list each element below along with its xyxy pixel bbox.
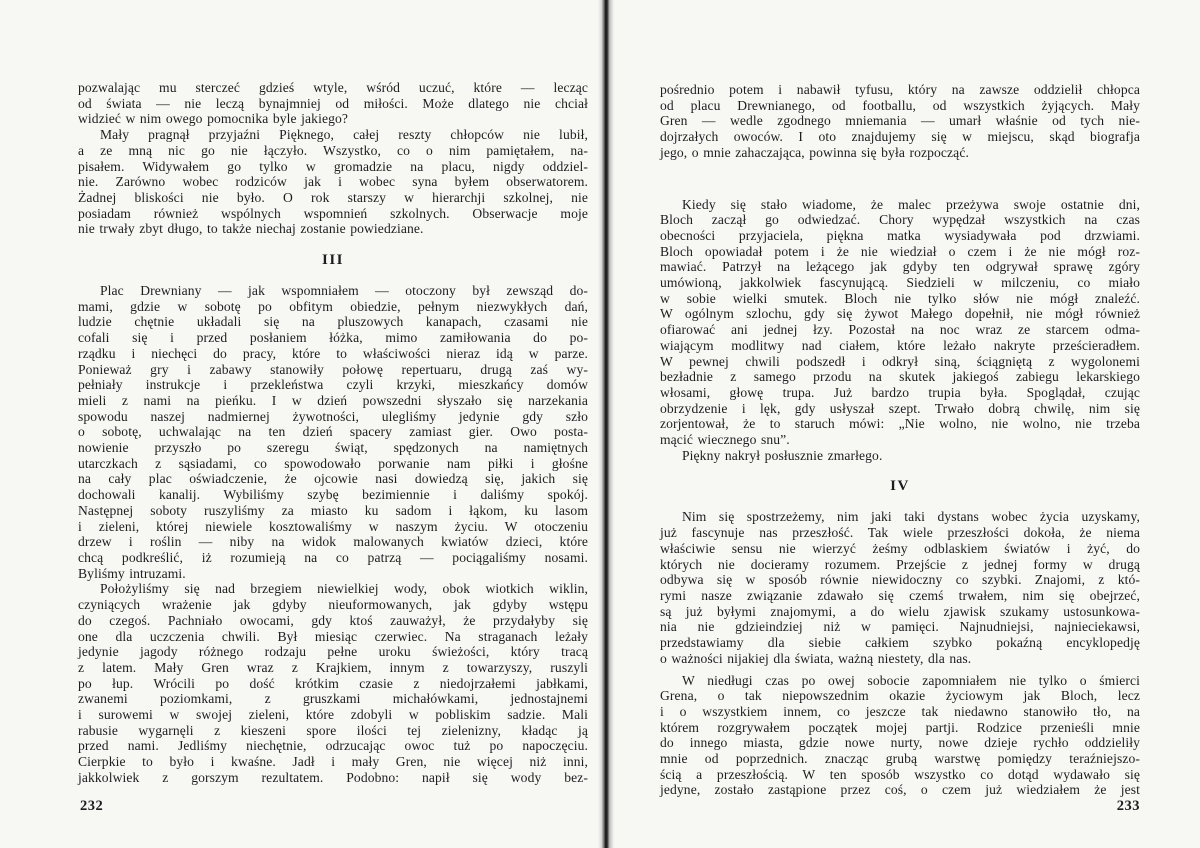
text-line: włosami, głowę trupa. Już bardzo trupia … <box>660 385 1140 401</box>
text-line: W ogólnym szlochu, gdy się żywot Małego … <box>660 306 1140 322</box>
text-line: zwanemi poziomkami, z gruszkami michałów… <box>78 691 588 707</box>
text-line: Byliśmy intruzami. <box>78 566 588 582</box>
text-line: Piękny nakrył posłusznie zmarłego. <box>660 448 1140 464</box>
text-line: o sobotę, uchwalając na ten dzień spacer… <box>78 424 588 440</box>
text-line: rabusie wygarnęli z kieszeni spore ilośc… <box>78 723 588 739</box>
text-line: o ważności nijakiej dla świata, ważną ni… <box>660 651 1140 667</box>
text-line: jedyne, zostało zastąpione przez coś, o … <box>660 782 1140 798</box>
paragraph: Położyliśmy się nad brzegiem niewielkiej… <box>78 581 588 785</box>
text-line: Plac Drewniany — jak wspomniałem — otocz… <box>78 283 588 299</box>
text-line: mami, gdzie w sobotę po obfitym obiedzie… <box>78 299 588 315</box>
paragraph-continuation: pośrednio potem i nabawił tyfusu, który … <box>660 82 1140 161</box>
text-line: i surowemi w swojej zieleni, które zdoby… <box>78 707 588 723</box>
text-line: posiadam również wspólnych wspomnień szk… <box>78 206 588 222</box>
text-line: czyniących wrażenie jak gdyby nieuformow… <box>78 597 588 613</box>
text-line: ścią a przeszłością. W ten sposób wszyst… <box>660 767 1140 783</box>
text-line: dojrzałych owoców. I oto znajdujemy się … <box>660 129 1140 145</box>
text-line: cofali się i przed posłaniem łóżka, mimo… <box>78 330 588 346</box>
text-line: już fascynuje nas przeszłość. Tak wiele … <box>660 525 1140 541</box>
paragraph: W niedługi czas po owej sobocie zapomnia… <box>660 673 1140 799</box>
text-line: spowodu naszej nadmiernej żywotności, ul… <box>78 409 588 425</box>
page-number-left: 232 <box>80 798 103 815</box>
text-line: do czegoś. Pachniało owocami, gdy ktoś z… <box>78 613 588 629</box>
text-line: Bloch zaczął go odwiedzać. Chory wypędza… <box>660 212 1140 228</box>
text-line: Żadnej bliskości nie było. O rok starszy… <box>78 190 588 206</box>
text-line: Gren — wedle zgodnego mniemania — umarł … <box>660 113 1140 129</box>
book-binding-gutter <box>598 0 614 848</box>
text-line: jakkolwiek z gorszym rezultatem. Podobno… <box>78 770 588 786</box>
text-line: ofiarować ani jednej łzy. Pozostał na no… <box>660 322 1140 338</box>
text-line: wiającym modlitwy nad ciałem, które leża… <box>660 338 1140 354</box>
text-line: przed nami. Jedliśmy niechętnie, odrzuca… <box>78 738 588 754</box>
text-line: drzew i roślin — niby na widok malowanyc… <box>78 534 588 550</box>
text-line: jedynie jagody różnego rodzaju pełne uro… <box>78 644 588 660</box>
text-line: bezładnie z samego przodu na skutek jaki… <box>660 369 1140 385</box>
text-line: ludzie chętnie układali się na pluszowyc… <box>78 314 588 330</box>
text-line: po łup. Wrócili po dość krótkim czasie z… <box>78 676 588 692</box>
text-line: pośrednio potem i nabawił tyfusu, który … <box>660 82 1140 98</box>
text-line: przedstawiamy dla siebie całkiem szybko … <box>660 635 1140 651</box>
book-scan: pozwalając mu sterczeć gdzieś wtyle, wśr… <box>0 0 1200 848</box>
text-line: W niedługi czas po owej sobocie zapomnia… <box>660 673 1140 689</box>
text-line: one dla uczczenia chwili. Był miesiąc cz… <box>78 629 588 645</box>
text-line: Mały pragnął przyjaźni Pięknego, całej r… <box>78 127 588 143</box>
text-line: Bloch opowiadał potem i że nie wiedział … <box>660 244 1140 260</box>
text-line: w sobie wielki smutek. Bloch nie tylko s… <box>660 291 1140 307</box>
text-line: widzieć w nim owego pomocnika byle jakie… <box>78 111 588 127</box>
text-line: mawiać. Patrzył na leżącego jak gdyby te… <box>660 259 1140 275</box>
text-line: rządku i niechęci do pracy, które to wła… <box>78 346 588 362</box>
text-line: dochowali kanalij. Wybiliśmy szybę bezim… <box>78 487 588 503</box>
page-number-right: 233 <box>660 798 1140 815</box>
section-heading-iii: III <box>78 252 588 268</box>
text-line: pisałem. Widywałem go tylko w gromadzie … <box>78 159 588 175</box>
text-line: jego, o mnie zahaczająca, powinna się by… <box>660 145 1140 161</box>
paragraph: Piękny nakrył posłusznie zmarłego. <box>660 448 1140 464</box>
text-line: chcą podkreślić, iż rozumieją na co patr… <box>78 550 588 566</box>
text-line: umówioną, jakkolwiek fascynującą. Siedzi… <box>660 275 1140 291</box>
text-line: pozwalając mu sterczeć gdzieś wtyle, wśr… <box>78 80 588 96</box>
text-line: rymi nasze związanie zdawało się czemś t… <box>660 588 1140 604</box>
text-line: nie. Zarówno wobec rodziców jak i wobec … <box>78 174 588 190</box>
text-line: i zieleni, której niewiele kosztowaliśmy… <box>78 519 588 535</box>
text-line: utarczkach z sąsiadami, co spowodowało p… <box>78 456 588 472</box>
text-line: zorjentował, że to staruch mówi: „Nie wo… <box>660 416 1140 432</box>
text-line: których nie docieramy rozumem. Przejście… <box>660 557 1140 573</box>
text-line: są już byłymi znajomymi, a do wielu zjaw… <box>660 604 1140 620</box>
paragraph: Plac Drewniany — jak wspomniałem — otocz… <box>78 283 588 581</box>
text-line: a ze mną nic go nie łączyło. Wszystko, c… <box>78 143 588 159</box>
paragraph: Kiedy się stało wiadome, że malec przeży… <box>660 197 1140 448</box>
text-line: Następnej soboty ruszyliśmy za miasto ku… <box>78 503 588 519</box>
text-line: nia nie gdzieindziej niż w pamięci. Najn… <box>660 619 1140 635</box>
paragraph-continuation: pozwalając mu sterczeć gdzieś wtyle, wśr… <box>78 80 588 127</box>
text-line: nie trwały zbyt długo, to także niechaj … <box>78 221 588 237</box>
text-line: obecności przyjaciela, piękna matka wysi… <box>660 228 1140 244</box>
text-line: mnie od poprzednich. znacząc grubą warst… <box>660 751 1140 767</box>
text-line: Nim się spostrzeżemy, nim jaki taki dyst… <box>660 509 1140 525</box>
text-line: obrzydzenie i lęk, gdy usłyszał szept. T… <box>660 401 1140 417</box>
paragraph: Mały pragnął przyjaźni Pięknego, całej r… <box>78 127 588 237</box>
text-line: na cały plac oświadczenie, że ojcowie na… <box>78 471 588 487</box>
text-line: którem rozgrywałem początek mojej partji… <box>660 720 1140 736</box>
text-line: odbywa się w sposób równie niewidoczny c… <box>660 572 1140 588</box>
text-line: od świata — nie leczą bynajmniej od miło… <box>78 96 588 112</box>
text-line: Kiedy się stało wiadome, że malec przeży… <box>660 197 1140 213</box>
text-line: Ponieważ gry i zabawy stanowiły połowę r… <box>78 362 588 378</box>
section-heading-iv: IV <box>660 478 1140 494</box>
paragraph: Nim się spostrzeżemy, nim jaki taki dyst… <box>660 509 1140 666</box>
text-line: Grena, o tak niepowszednim okazie życiow… <box>660 688 1140 704</box>
text-line: nowienie przyszło po szeregu świąt, spęd… <box>78 440 588 456</box>
text-line: Położyliśmy się nad brzegiem niewielkiej… <box>78 581 588 597</box>
text-line: mieli z nami na pieńku. I w dzień powsze… <box>78 393 588 409</box>
text-line: pełniały instrukcje i przekleństwa czyli… <box>78 377 588 393</box>
text-line: do innego miasta, gdzie nowe nurty, nowe… <box>660 735 1140 751</box>
text-line: właściwie sensu nie wierzyć żeśmy odblas… <box>660 541 1140 557</box>
right-page: pośrednio potem i nabawił tyfusu, który … <box>660 82 1140 798</box>
text-line: Cierpkie to było i kwaśne. Jadł i mały G… <box>78 754 588 770</box>
text-line: od placu Drewnianego, od footballu, od w… <box>660 98 1140 114</box>
text-line: i o wszystkiem innem, co jeszcze tak nie… <box>660 704 1140 720</box>
left-page: pozwalając mu sterczeć gdzieś wtyle, wśr… <box>78 80 588 786</box>
text-line: mącić wiecznego snu”. <box>660 432 1140 448</box>
text-line: W pewnej chwili podszedł i odkrył siną, … <box>660 354 1140 370</box>
text-line: z latem. Mały Gren wraz z Krajkiem, inny… <box>78 660 588 676</box>
